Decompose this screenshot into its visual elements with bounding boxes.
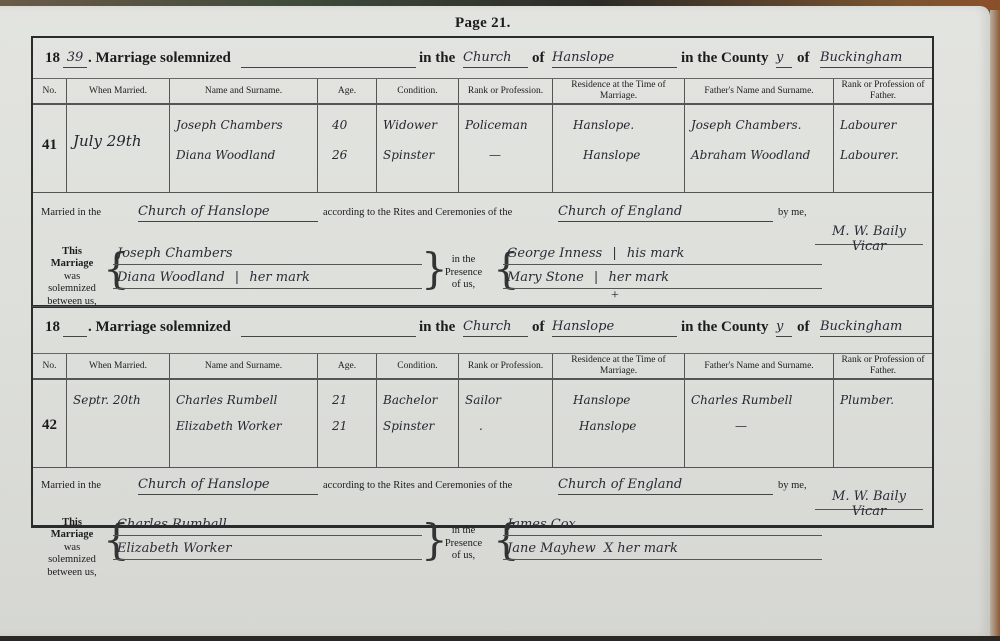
county-field: Buckingham <box>820 319 932 337</box>
groom-rank: Policeman <box>465 118 548 132</box>
cell-rank: Sailor . <box>459 379 553 467</box>
header-name: Name and Surname. <box>170 79 318 103</box>
marriage-entry-42: 18 . Marriage solemnized in the Church o… <box>31 306 934 528</box>
header-no: No. <box>33 354 67 378</box>
groom-father-name: Charles Rumbell <box>691 393 829 407</box>
bride-residence: Hanslope <box>583 148 680 162</box>
county-field: Buckingham <box>820 50 932 68</box>
cell-father-rank: Labourer Labourer. <box>834 104 932 192</box>
cell-residence: Hanslope Hanslope <box>553 379 685 467</box>
bride-name: Diana Woodland <box>176 148 313 162</box>
entry-number: 41 <box>33 137 66 154</box>
bride-rank: — <box>489 148 548 162</box>
groom-age: 21 <box>332 393 372 407</box>
bride-rank: . <box>479 419 548 433</box>
entry-heading: 18 . Marriage solemnized in the Church o… <box>45 319 924 341</box>
entry-heading: 18 39 . Marriage solemnized in the Churc… <box>45 50 924 72</box>
bride-name: Elizabeth Worker <box>176 419 313 433</box>
bride-father-rank: Labourer. <box>840 148 928 162</box>
groom-father-rank: Plumber. <box>840 393 928 407</box>
married-in-label: Married in the <box>41 207 101 218</box>
in-the-county-label: in the County <box>681 319 769 336</box>
rites-of-value: Church of England <box>558 477 773 495</box>
county-of-label: of <box>797 319 810 336</box>
bride-father-name: Abraham Woodland <box>691 148 829 162</box>
groom-signature: Joseph Chambers <box>113 246 422 265</box>
witness-1-signature: James Cox <box>503 517 822 536</box>
groom-father-name: Joseph Chambers. <box>691 118 829 132</box>
minister-signature: M. W. Baily Vicar <box>815 224 923 245</box>
between-us-label: This Marriage was solemnized between us, <box>41 246 103 308</box>
cell-rank: Policeman — <box>459 104 553 192</box>
cell-when-married: July 29th <box>67 104 170 192</box>
header-father-rank: Rank or Profession of Father. <box>834 79 932 103</box>
groom-residence: Hanslope. <box>573 118 680 132</box>
year-suffix: 39 <box>63 50 87 68</box>
in-the-label: in the <box>419 319 455 336</box>
header-condition: Condition. <box>377 79 459 103</box>
cross-mark-icon: + <box>611 288 619 304</box>
in-presence-label: in the Presence of us, <box>436 254 491 292</box>
witness-2-signature: Mary Stone | her mark <box>503 270 822 289</box>
cell-no: 41 <box>33 104 67 192</box>
header-father-name: Father's Name and Surname. <box>685 354 834 378</box>
cell-age: 40 26 <box>318 104 377 192</box>
groom-rank: Sailor <box>465 393 548 407</box>
solemnized-blank <box>241 319 416 337</box>
when-married-value: July 29th <box>73 132 165 150</box>
groom-residence: Hanslope <box>573 393 680 407</box>
marriage-entry-41: 18 39 . Marriage solemnized in the Churc… <box>31 36 934 308</box>
bride-condition: Spinster <box>383 419 454 433</box>
solemnized-blank <box>241 50 416 68</box>
year-prefix: 18 <box>45 50 60 67</box>
year-suffix <box>63 319 87 337</box>
minister-signature: M. W. Baily Vicar <box>815 489 923 510</box>
cell-when-married: Septr. 20th <box>67 379 170 467</box>
page-number: Page 21. <box>455 15 511 32</box>
book-edge <box>990 10 1000 641</box>
in-the-county-label: in the County <box>681 50 769 67</box>
cell-condition: Bachelor Spinster <box>377 379 459 467</box>
groom-father-rank: Labourer <box>840 118 928 132</box>
between-us-label: This Marriage was solemnized between us, <box>41 517 103 579</box>
county-suffix: y <box>776 50 792 68</box>
of-label: of <box>532 50 545 67</box>
married-in-label: Married in the <box>41 480 101 491</box>
header-when-married: When Married. <box>67 354 170 378</box>
rites-of-value: Church of England <box>558 204 773 222</box>
bride-signature: Elizabeth Worker <box>113 541 422 560</box>
cell-age: 21 21 <box>318 379 377 467</box>
parish-field: Hanslope <box>552 319 677 337</box>
county-of-label: of <box>797 50 810 67</box>
in-the-label: in the <box>419 50 455 67</box>
groom-age: 40 <box>332 118 372 132</box>
header-residence: Residence at the Time of Marriage. <box>553 354 685 378</box>
groom-name: Joseph Chambers <box>176 118 313 132</box>
header-father-rank: Rank or Profession of Father. <box>834 354 932 378</box>
header-rank: Rank or Profession. <box>459 354 553 378</box>
witness-2-signature: Jane Mayhew X her mark <box>503 541 822 560</box>
groom-signature: Charles Rumball <box>113 517 422 536</box>
when-married-value: Septr. 20th <box>73 393 165 407</box>
married-in-value: Church of Hanslope <box>138 477 318 495</box>
parish-field: Hanslope <box>552 50 677 68</box>
year-prefix: 18 <box>45 319 60 336</box>
header-condition: Condition. <box>377 354 459 378</box>
county-suffix: y <box>776 319 792 337</box>
groom-name: Charles Rumbell <box>176 393 313 407</box>
column-headers: No. When Married. Name and Surname. Age.… <box>33 78 932 105</box>
by-me-label: by me, <box>778 480 807 491</box>
entry-row: 41 July 29th Joseph Chambers Diana Woodl… <box>33 104 932 193</box>
by-me-label: by me, <box>778 207 807 218</box>
header-when-married: When Married. <box>67 79 170 103</box>
according-to-label: according to the Rites and Ceremonies of… <box>323 207 512 218</box>
bride-signature: Diana Woodland | her mark <box>113 270 422 289</box>
groom-condition: Widower <box>383 118 454 132</box>
cell-name: Charles Rumbell Elizabeth Worker <box>170 379 318 467</box>
header-no: No. <box>33 79 67 103</box>
in-presence-label: in the Presence of us, <box>436 525 491 563</box>
signature-block: This Marriage was solemnized between us,… <box>41 515 924 575</box>
header-name: Name and Surname. <box>170 354 318 378</box>
bride-age: 26 <box>332 148 372 162</box>
according-to-label: according to the Rites and Ceremonies of… <box>323 480 512 491</box>
header-age: Age. <box>318 79 377 103</box>
entry-row: 42 Septr. 20th Charles Rumbell Elizabeth… <box>33 379 932 468</box>
church-field: Church <box>463 319 528 337</box>
register-page: Page 21. 18 39 . Marriage solemnized in … <box>0 6 990 636</box>
bride-father-name: — <box>735 419 829 433</box>
cell-father-name: Charles Rumbell — <box>685 379 834 467</box>
cell-no: 42 <box>33 379 67 467</box>
groom-condition: Bachelor <box>383 393 454 407</box>
cell-name: Joseph Chambers Diana Woodland <box>170 104 318 192</box>
cell-residence: Hanslope. Hanslope <box>553 104 685 192</box>
marriage-solemnized-label: . Marriage solemnized <box>88 319 231 336</box>
cell-father-rank: Plumber. <box>834 379 932 467</box>
entry-number: 42 <box>33 417 66 434</box>
bride-age: 21 <box>332 419 372 433</box>
header-age: Age. <box>318 354 377 378</box>
married-in-line: Married in the Church of Hanslope accord… <box>41 477 924 497</box>
of-label: of <box>532 319 545 336</box>
cell-father-name: Joseph Chambers. Abraham Woodland <box>685 104 834 192</box>
church-field: Church <box>463 50 528 68</box>
column-headers: No. When Married. Name and Surname. Age.… <box>33 353 932 380</box>
header-residence: Residence at the Time of Marriage. <box>553 79 685 103</box>
witness-1-signature: George Inness | his mark <box>503 246 822 265</box>
header-rank: Rank or Profession. <box>459 79 553 103</box>
marriage-solemnized-label: . Marriage solemnized <box>88 50 231 67</box>
cell-condition: Widower Spinster <box>377 104 459 192</box>
bride-condition: Spinster <box>383 148 454 162</box>
married-in-line: Married in the Church of Hanslope accord… <box>41 204 924 224</box>
married-in-value: Church of Hanslope <box>138 204 318 222</box>
header-father-name: Father's Name and Surname. <box>685 79 834 103</box>
signature-block: This Marriage was solemnized between us,… <box>41 244 924 304</box>
book-bottom-edge <box>0 636 1000 641</box>
bride-residence: Hanslope <box>579 419 680 433</box>
